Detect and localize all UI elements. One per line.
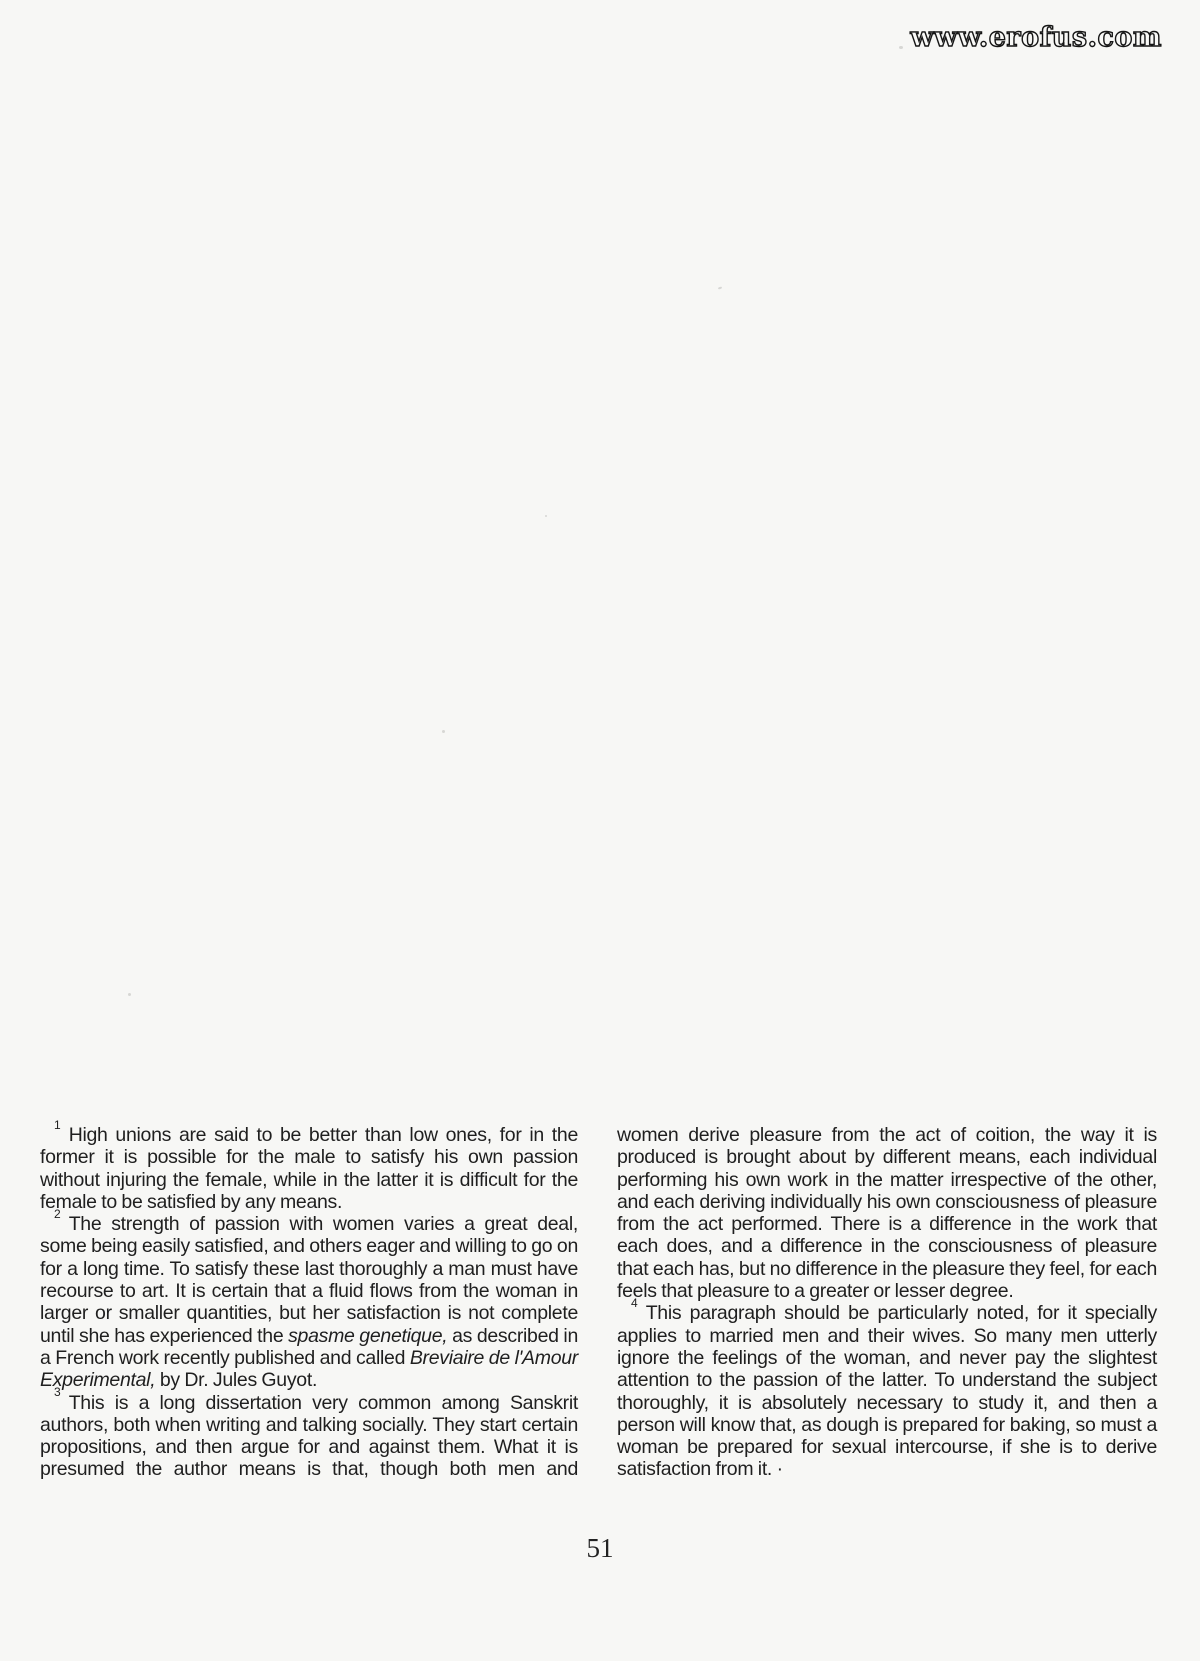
footnote-text: women derive pleasure from the act of co… <box>617 1124 1157 1302</box>
scanned-book-page: www.erofus.com 1High unions are said to … <box>0 0 1200 1661</box>
footnote-block: 1High unions are said to be better than … <box>40 1124 1157 1481</box>
footnote-text: High unions are said to be better than l… <box>40 1124 578 1213</box>
footnote-text: This paragraph should be particularly no… <box>617 1302 1157 1480</box>
footnote-column-left: 1High unions are said to be better than … <box>40 1124 578 1481</box>
footnote-paragraph: 1High unions are said to be better than … <box>40 1124 578 1213</box>
footnote-marker: 4 <box>631 1296 638 1310</box>
footnote-marker: 2 <box>54 1207 61 1221</box>
scan-speck <box>718 286 722 289</box>
scan-speck <box>899 46 903 49</box>
footnote-paragraph: women derive pleasure from the act of co… <box>617 1124 1157 1302</box>
scan-speck <box>545 515 547 517</box>
footnote-paragraph: 3This is a long dissertation very common… <box>40 1392 578 1481</box>
footnote-column-right: women derive pleasure from the act of co… <box>617 1124 1157 1481</box>
scan-speck <box>128 993 131 996</box>
watermark-text: www.erofus.com <box>910 22 1162 53</box>
footnote-marker: 3 <box>54 1385 61 1399</box>
footnote-text: spasme genetique, <box>288 1325 447 1347</box>
footnote-text: by Dr. Jules Guyot. <box>155 1369 317 1391</box>
footnote-paragraph: 2The strength of passion with women vari… <box>40 1213 578 1391</box>
page-number: 51 <box>0 1533 1200 1564</box>
footnote-marker: 1 <box>54 1118 61 1132</box>
footnote-text: This is a long dissertation very common … <box>40 1392 578 1481</box>
scan-speck <box>442 730 445 733</box>
footnote-paragraph: 4This paragraph should be particularly n… <box>617 1302 1157 1480</box>
